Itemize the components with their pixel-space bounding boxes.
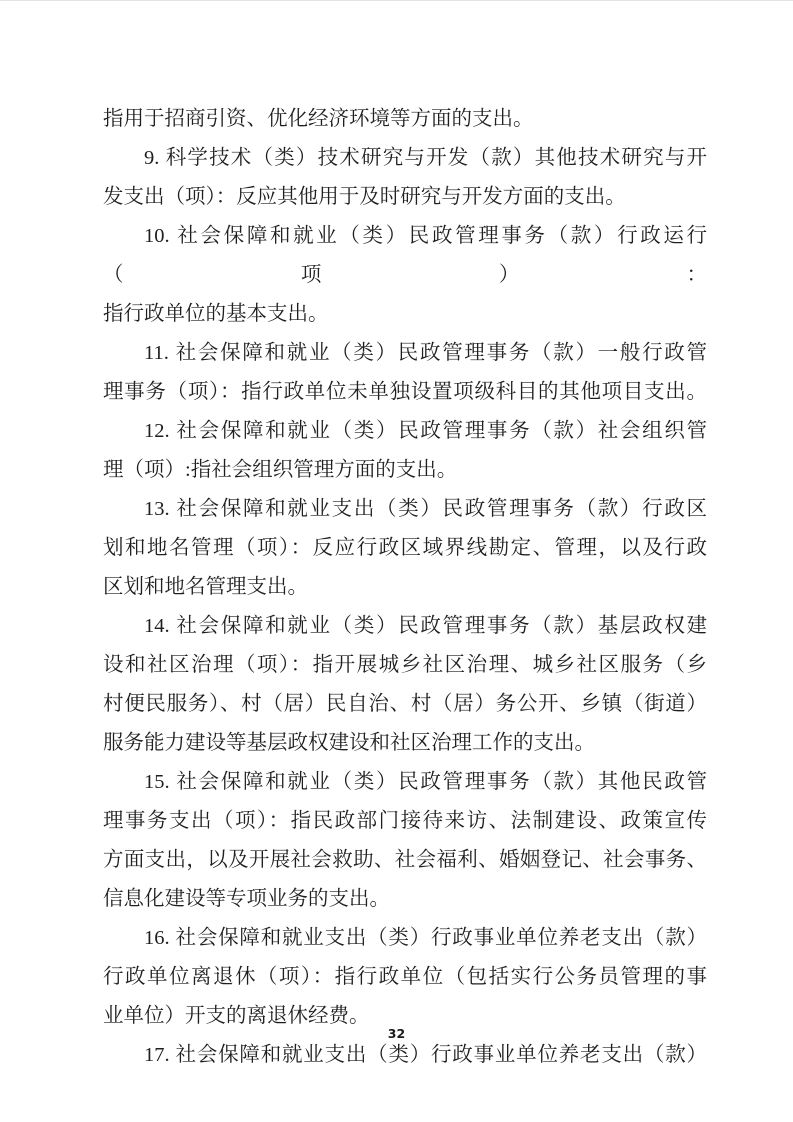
text-line: 方面支出，以及开展社会救助、社会福利、婚姻登记、社会事务、 — [103, 841, 707, 880]
paragraph-item-12: 12. 社会保障和就业（类）民政管理事务（款）社会组织管 理（项）:指社会组织管… — [103, 412, 707, 490]
paragraph-continuation: 指用于招商引资、优化经济环境等方面的支出。 — [103, 100, 707, 139]
text-line: 村便民服务）、村（居）民自治、村（居）务公开、乡镇（街道） — [103, 685, 707, 724]
paragraph-item-14: 14. 社会保障和就业（类）民政管理事务（款）基层政权建 设和社区治理（项）：指… — [103, 607, 707, 763]
text-line: 12. 社会保障和就业（类）民政管理事务（款）社会组织管 — [103, 412, 707, 451]
document-page: 指用于招商引资、优化经济环境等方面的支出。 9. 科学技术（类）技术研究与开发（… — [0, 0, 793, 1122]
paragraph-item-13: 13. 社会保障和就业支出（类）民政管理事务（款）行政区 划和地名管理（项）：反… — [103, 490, 707, 607]
text-line: 信息化建设等专项业务的支出。 — [103, 880, 707, 919]
paragraph-item-11: 11. 社会保障和就业（类）民政管理事务（款）一般行政管 理事务（项）：指行政单… — [103, 334, 707, 412]
text-line: 指行政单位的基本支出。 — [103, 295, 707, 334]
text-line: 9. 科学技术（类）技术研究与开发（款）其他技术研究与开 — [103, 139, 707, 178]
document-body: 指用于招商引资、优化经济环境等方面的支出。 9. 科学技术（类）技术研究与开发（… — [103, 100, 707, 1075]
text-line: 理事务（项）：指行政单位未单独设置项级科目的其他项目支出。 — [103, 373, 707, 412]
text-line: 理（项）:指社会组织管理方面的支出。 — [103, 451, 707, 490]
text-line: 区划和地名管理支出。 — [103, 568, 707, 607]
paragraph-item-9: 9. 科学技术（类）技术研究与开发（款）其他技术研究与开 发支出（项）：反应其他… — [103, 139, 707, 217]
paragraph-item-17: 17. 社会保障和就业支出（类）行政事业单位养老支出（款） — [103, 1036, 707, 1075]
text-line: 指用于招商引资、优化经济环境等方面的支出。 — [103, 100, 707, 139]
text-line: 17. 社会保障和就业支出（类）行政事业单位养老支出（款） — [103, 1036, 707, 1075]
text-line: 15. 社会保障和就业（类）民政管理事务（款）其他民政管 — [103, 763, 707, 802]
paragraph-item-10: 10. 社会保障和就业（类）民政管理事务（款）行政运行（项）： 指行政单位的基本… — [103, 217, 707, 334]
text-line: 14. 社会保障和就业（类）民政管理事务（款）基层政权建 — [103, 607, 707, 646]
paragraph-item-16: 16. 社会保障和就业支出（类）行政事业单位养老支出（款） 行政单位离退休（项）… — [103, 919, 707, 1036]
page-number: 32 — [0, 1026, 793, 1041]
text-line: 服务能力建设等基层政权建设和社区治理工作的支出。 — [103, 724, 707, 763]
text-line: 理事务支出（项）：指民政部门接待来访、法制建设、政策宣传 — [103, 802, 707, 841]
scan-edge-artifact — [0, 0, 793, 1]
text-line: 11. 社会保障和就业（类）民政管理事务（款）一般行政管 — [103, 334, 707, 373]
text-line: 10. 社会保障和就业（类）民政管理事务（款）行政运行（项）： — [103, 217, 707, 295]
text-line: 13. 社会保障和就业支出（类）民政管理事务（款）行政区 — [103, 490, 707, 529]
text-line: 16. 社会保障和就业支出（类）行政事业单位养老支出（款） — [103, 919, 707, 958]
text-line: 行政单位离退休（项）：指行政单位（包括实行公务员管理的事 — [103, 958, 707, 997]
text-line: 发支出（项）：反应其他用于及时研究与开发方面的支出。 — [103, 178, 707, 217]
paragraph-item-15: 15. 社会保障和就业（类）民政管理事务（款）其他民政管 理事务支出（项）：指民… — [103, 763, 707, 919]
text-line: 设和社区治理（项）：指开展城乡社区治理、城乡社区服务（乡 — [103, 646, 707, 685]
text-line: 划和地名管理（项）：反应行政区域界线勘定、管理，以及行政 — [103, 529, 707, 568]
